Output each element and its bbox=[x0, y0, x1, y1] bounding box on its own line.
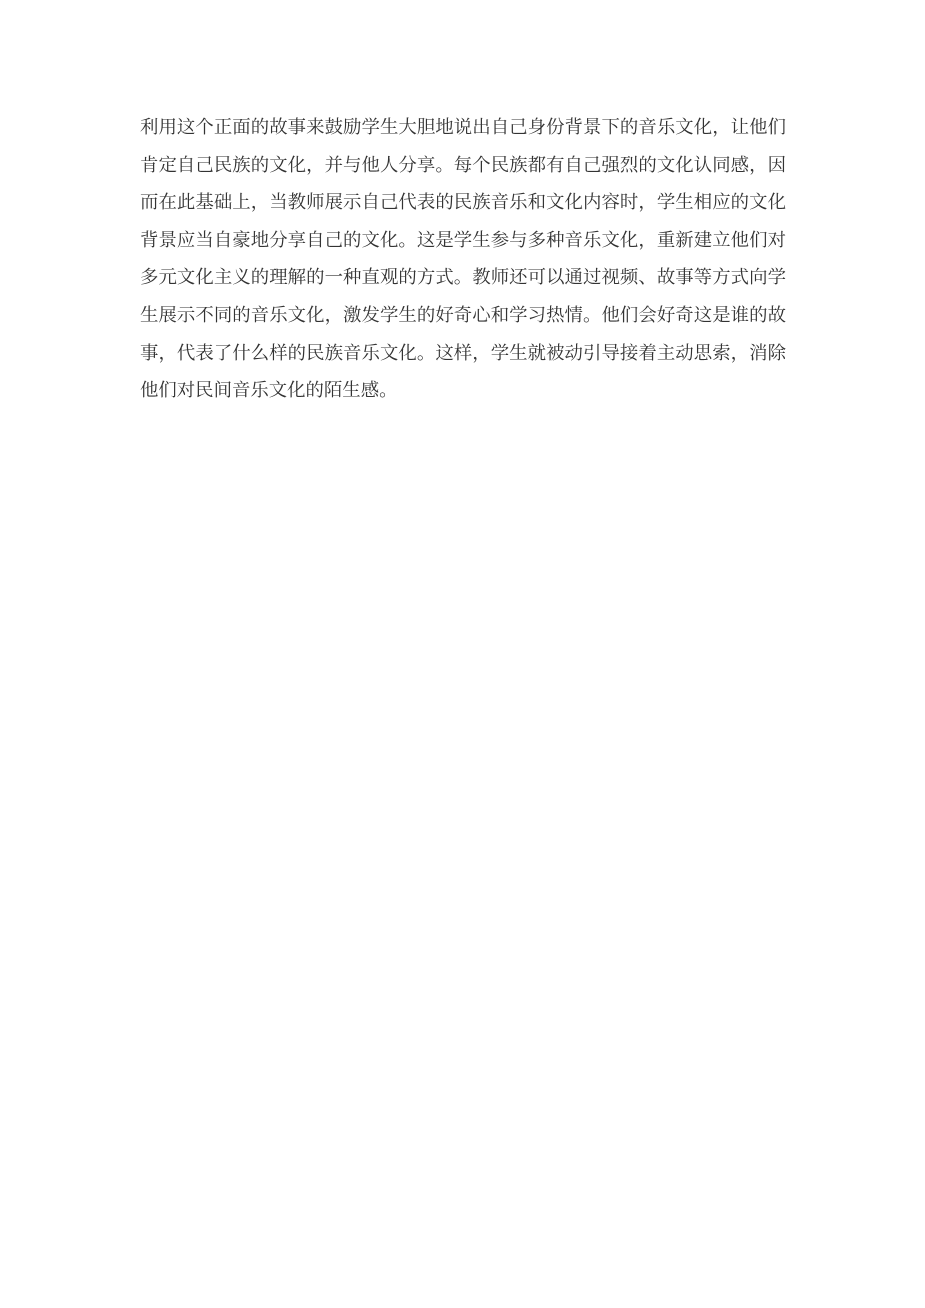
text-line: 而在此基础上，当教师展示自己代表的民族音乐和文化内容时，学生相应的文化 bbox=[140, 183, 786, 221]
text-line: 肯定自己民族的文化，并与他人分享。每个民族都有自己强烈的文化认同感，因 bbox=[140, 146, 786, 184]
text-line: 利用这个正面的故事来鼓励学生大胆地说出自己身份背景下的音乐文化，让他们 bbox=[140, 108, 786, 146]
text-line: 生展示不同的音乐文化，激发学生的好奇心和学习热情。他们会好奇这是谁的故 bbox=[140, 296, 786, 334]
document-page: 利用这个正面的故事来鼓励学生大胆地说出自己身份背景下的音乐文化，让他们 肯定自己… bbox=[0, 0, 925, 1308]
text-line: 背景应当自豪地分享自己的文化。这是学生参与多种音乐文化，重新建立他们对 bbox=[140, 221, 786, 259]
text-line: 他们对民间音乐文化的陌生感。 bbox=[140, 371, 786, 409]
paragraph: 利用这个正面的故事来鼓励学生大胆地说出自己身份背景下的音乐文化，让他们 肯定自己… bbox=[140, 108, 786, 409]
text-line: 事，代表了什么样的民族音乐文化。这样，学生就被动引导接着主动思索，消除 bbox=[140, 334, 786, 372]
text-line: 多元文化主义的理解的一种直观的方式。教师还可以通过视频、故事等方式向学 bbox=[140, 258, 786, 296]
